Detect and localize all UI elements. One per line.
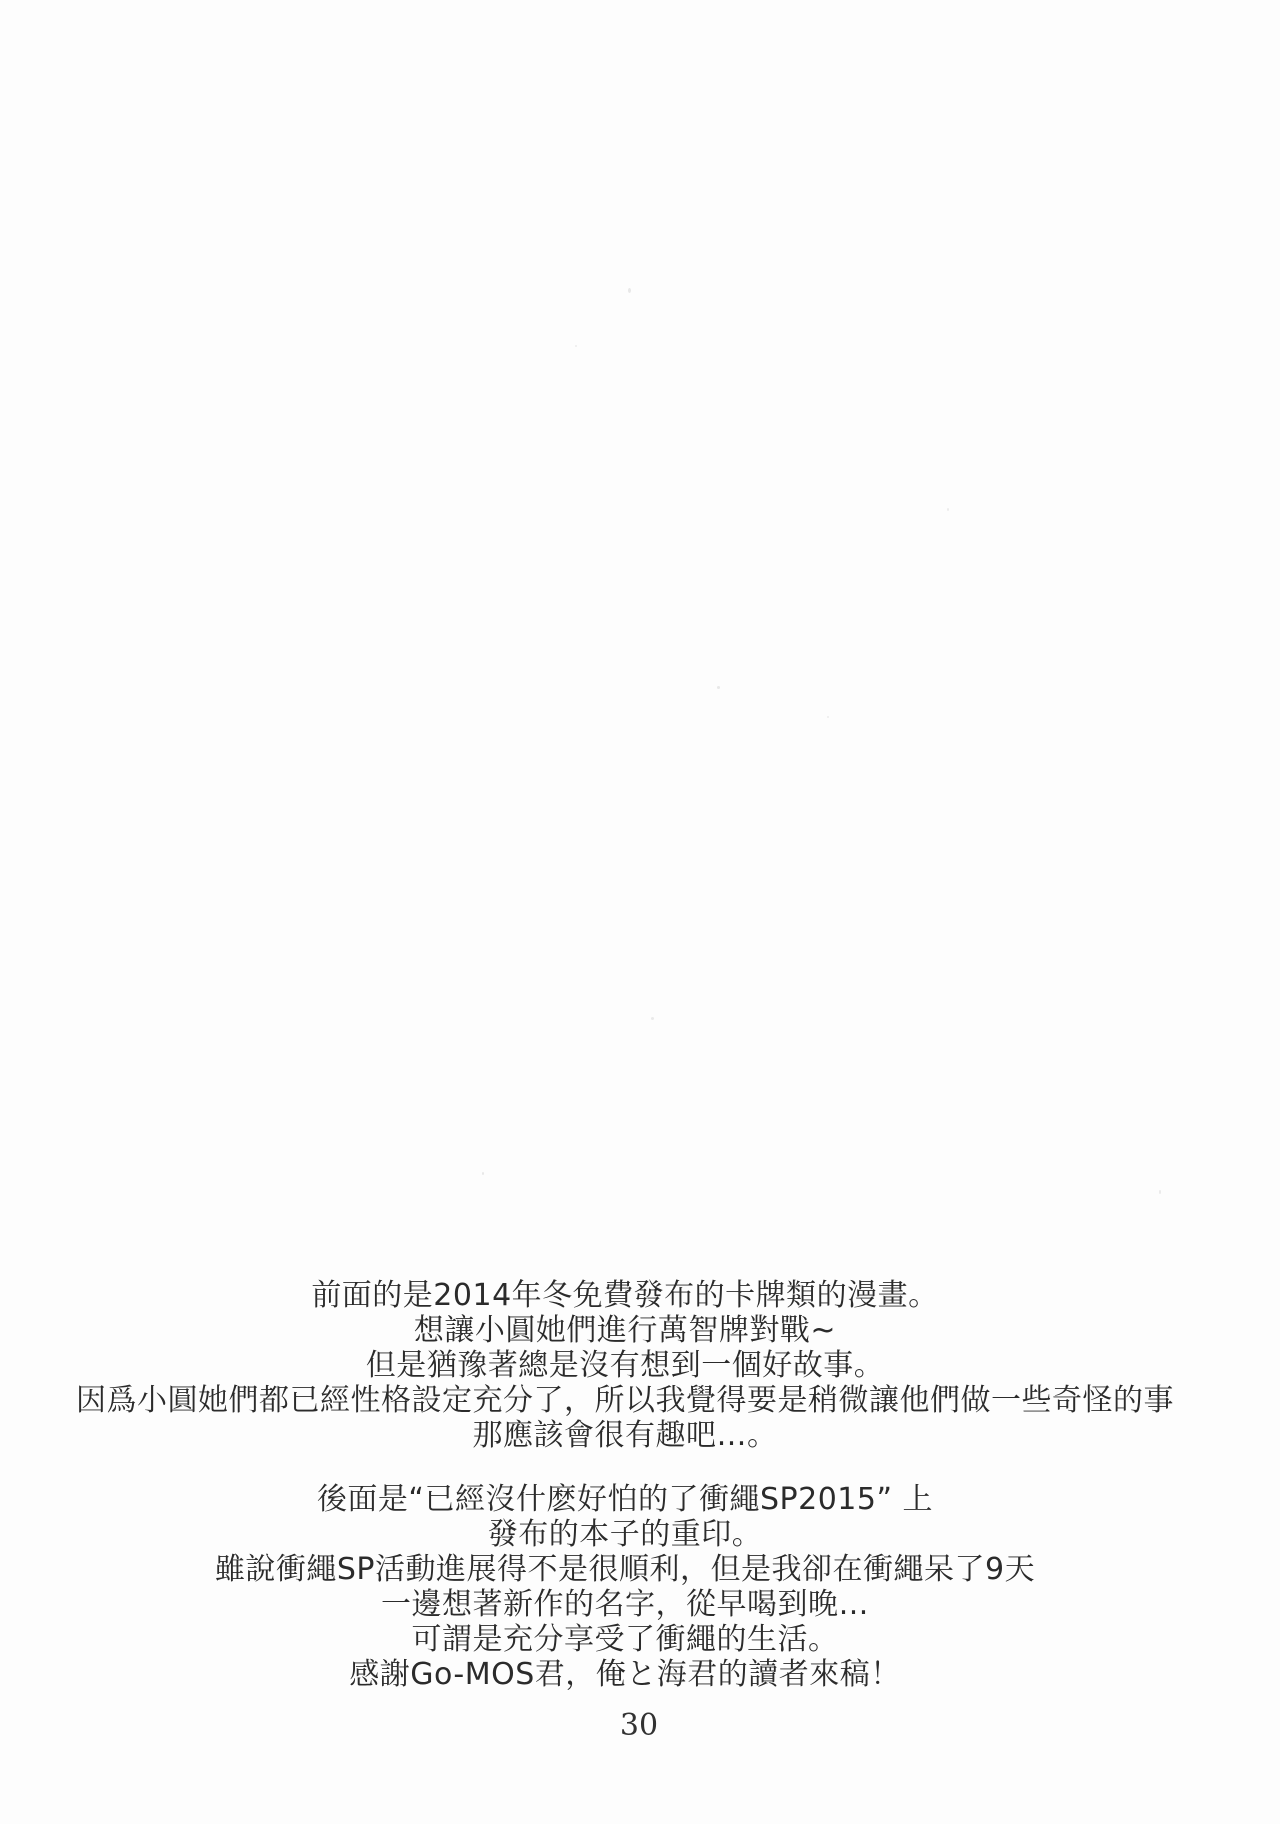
scan-speck	[628, 288, 631, 293]
afterword-paragraph-1: 前面的是2014年冬免費發布的卡牌類的漫畫。 想讓小圓她們進行萬智牌對戰~ 但是…	[0, 1278, 1265, 1453]
afterword-line: 因爲小圓她們都已經性格設定充分了，所以我覺得要是稍微讓他們做一些奇怪的事	[0, 1383, 1265, 1418]
page-number: 30	[0, 1710, 1279, 1742]
afterword-line: 發布的本子的重印。	[0, 1517, 1265, 1552]
afterword-text-block: 前面的是2014年冬免費發布的卡牌類的漫畫。 想讓小圓她們進行萬智牌對戰~ 但是…	[0, 1278, 1265, 1692]
scan-speck	[717, 686, 720, 689]
scan-speck	[651, 1017, 654, 1020]
afterword-line: 後面是“已經沒什麽好怕的了衝繩SP2015” 上	[0, 1482, 1265, 1517]
scan-speck	[947, 508, 949, 511]
afterword-paragraph-2: 後面是“已經沒什麽好怕的了衝繩SP2015” 上 發布的本子的重印。 雖說衝繩S…	[0, 1482, 1265, 1692]
afterword-line: 感謝Go-MOS君，俺と海君的讀者來稿！	[0, 1657, 1265, 1692]
scan-speck	[827, 716, 829, 718]
scanned-page: 前面的是2014年冬免費發布的卡牌類的漫畫。 想讓小圓她們進行萬智牌對戰~ 但是…	[0, 0, 1280, 1824]
afterword-line: 一邊想著新作的名字，從早喝到晚…	[0, 1587, 1265, 1622]
afterword-line: 想讓小圓她們進行萬智牌對戰~	[0, 1313, 1265, 1348]
scan-speck	[482, 1172, 484, 1175]
afterword-line: 雖說衝繩SP活動進展得不是很順利，但是我卻在衝繩呆了9天	[0, 1552, 1265, 1587]
afterword-line: 但是猶豫著總是沒有想到一個好故事。	[0, 1348, 1265, 1383]
scan-speck	[1159, 1190, 1161, 1194]
afterword-line: 前面的是2014年冬免費發布的卡牌類的漫畫。	[0, 1278, 1265, 1313]
afterword-line: 可謂是充分享受了衝繩的生活。	[0, 1622, 1265, 1657]
afterword-line: 那應該會很有趣吧…。	[0, 1418, 1265, 1453]
scan-speck	[575, 345, 577, 347]
